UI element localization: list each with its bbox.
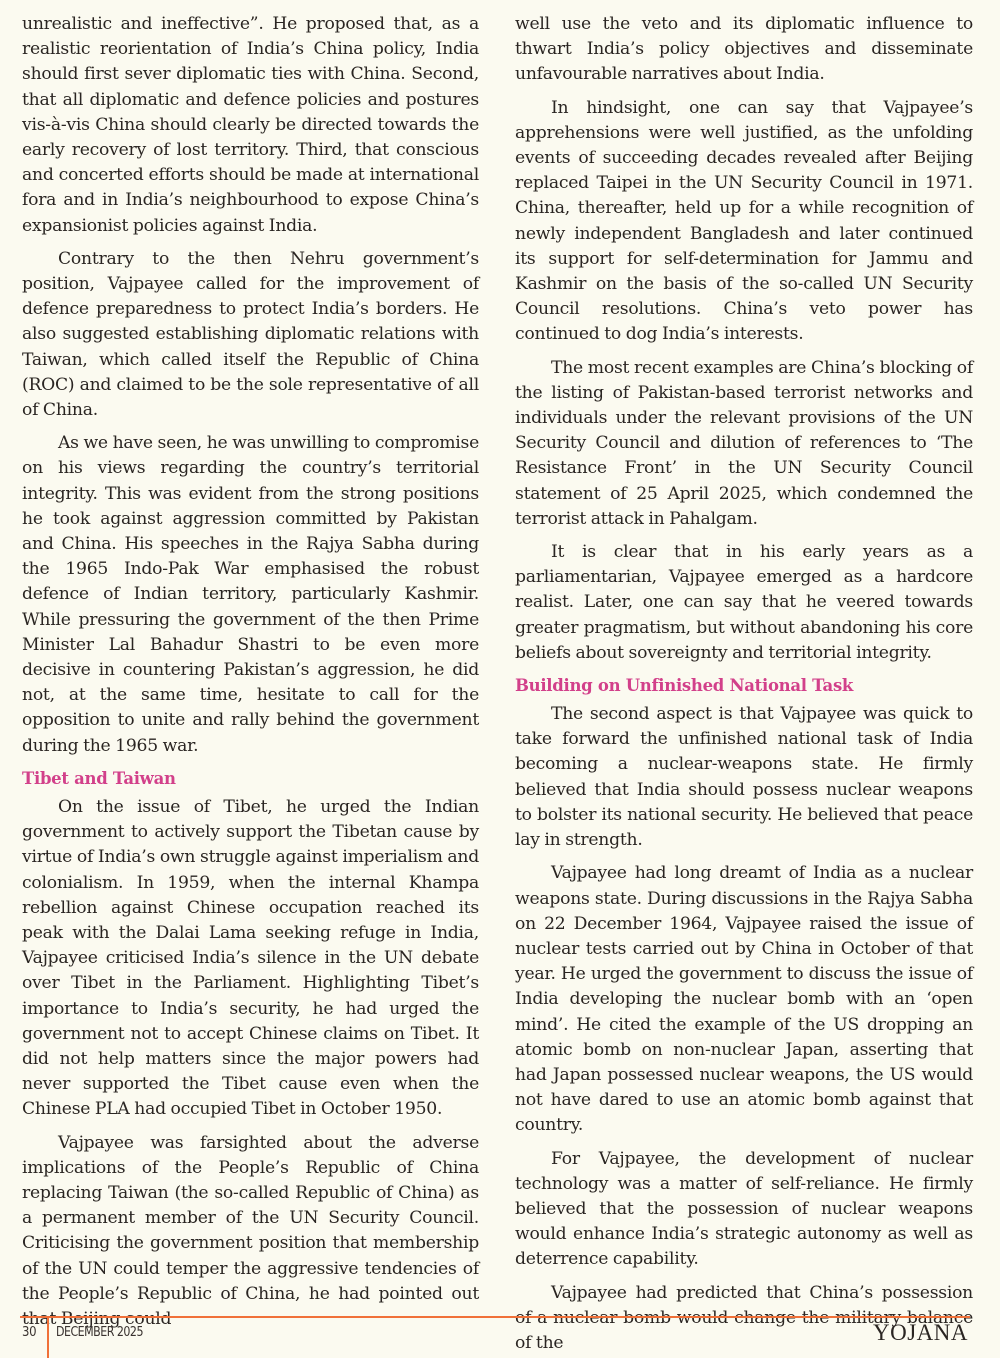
- section-heading-building-on-unfinished-national-task: Building on Unfinished National Task: [515, 674, 973, 698]
- paragraph: Vajpayee was farsighted about the advers…: [22, 1131, 479, 1333]
- paragraph: As we have seen, he was unwilling to com…: [22, 431, 479, 759]
- right-column: well use the veto and its diplomatic inf…: [515, 12, 973, 1358]
- paragraph: well use the veto and its diplomatic inf…: [515, 12, 973, 88]
- paragraph: For Vajpayee, the development of nuclear…: [515, 1147, 973, 1273]
- issue-date: DECEMBER 2025: [56, 1325, 143, 1340]
- footer-vertical-divider: [47, 1316, 49, 1358]
- page-number: 30: [22, 1325, 36, 1340]
- paragraph: The second aspect is that Vajpayee was q…: [515, 702, 973, 853]
- paragraph: unrealistic and ineffective”. He propose…: [22, 12, 479, 239]
- paragraph: Contrary to the then Nehru government’s …: [22, 247, 479, 423]
- paragraph: Vajpayee had long dreamt of India as a n…: [515, 861, 973, 1138]
- section-heading-tibet-and-taiwan: Tibet and Taiwan: [22, 767, 479, 791]
- left-column: unrealistic and ineffective”. He propose…: [22, 12, 479, 1340]
- footer-divider: [20, 1316, 970, 1318]
- paragraph: In hindsight, one can say that Vajpayee’…: [515, 96, 973, 348]
- paragraph: It is clear that in his early years as a…: [515, 540, 973, 666]
- paragraph: On the issue of Tibet, he urged the Indi…: [22, 795, 479, 1123]
- paragraph: The most recent examples are China’s blo…: [515, 356, 973, 532]
- publication-brand: YOJANA: [873, 1320, 968, 1346]
